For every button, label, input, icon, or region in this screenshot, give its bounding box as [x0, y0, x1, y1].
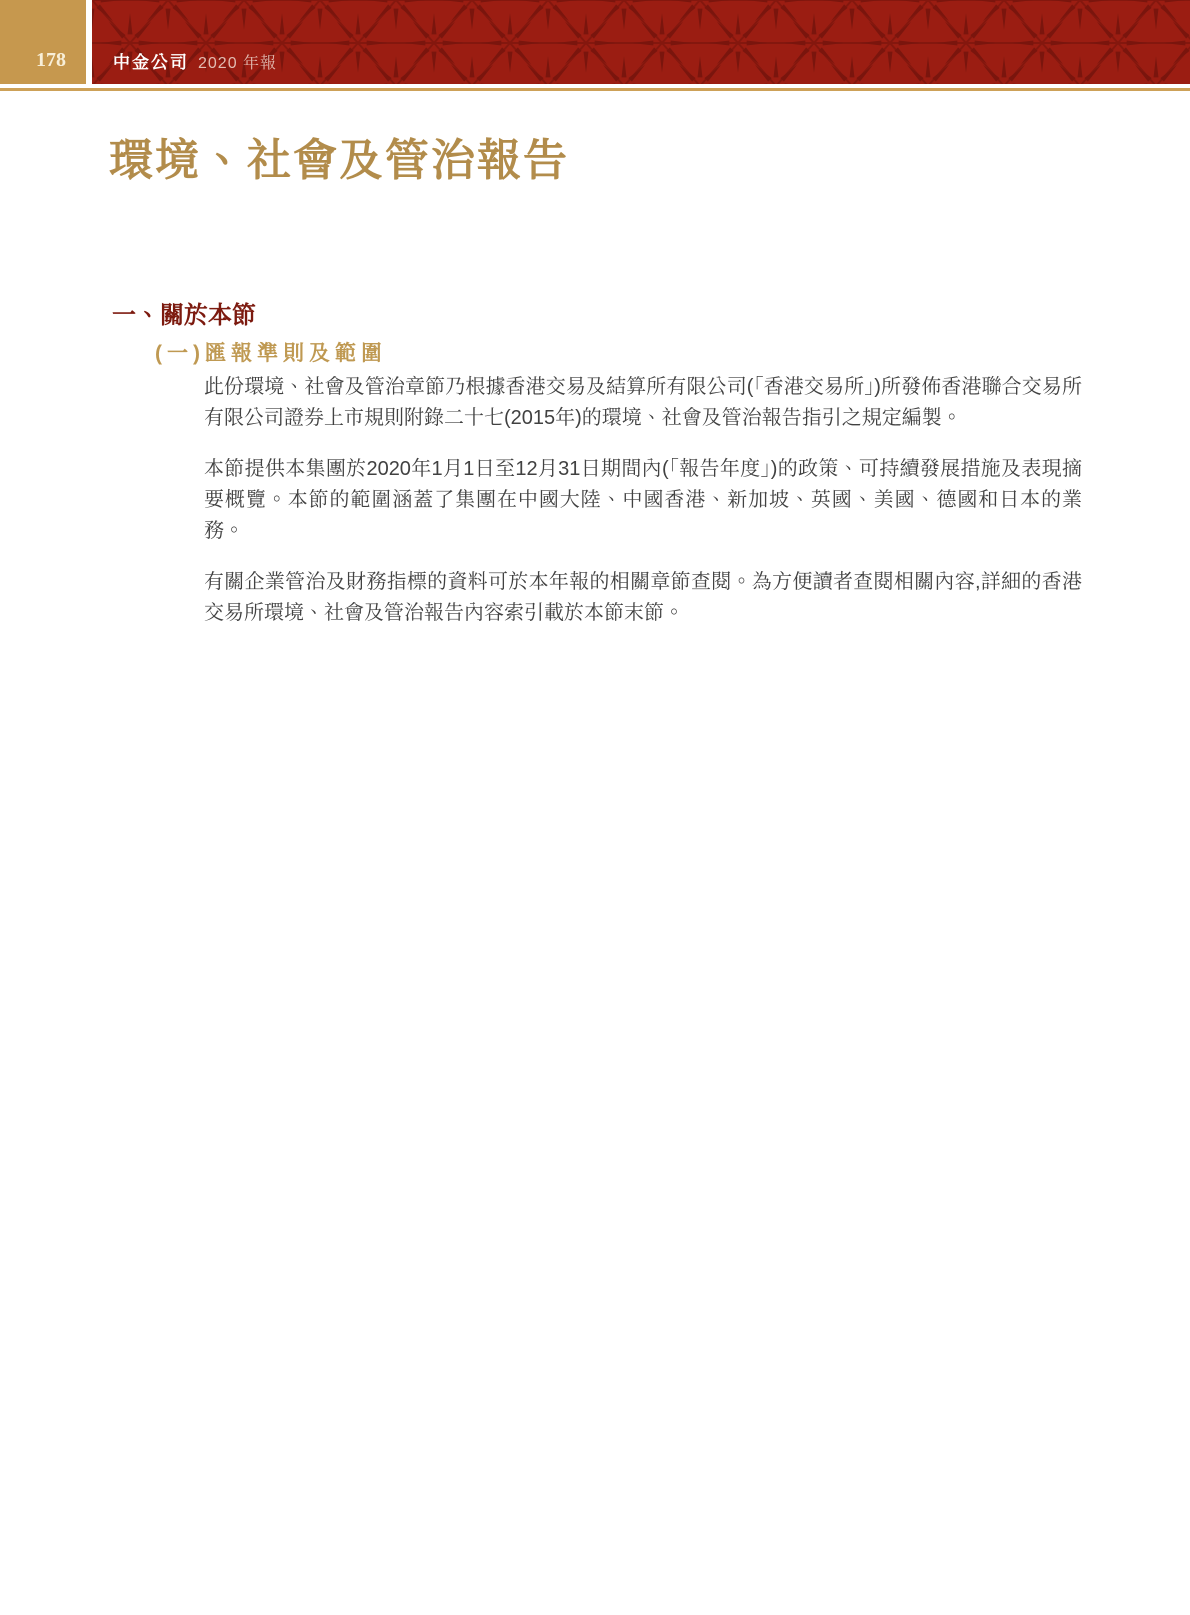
body-text: 此份環境、社會及管治章節乃根據香港交易及結算所有限公司(「香港交易所」)所發佈香… — [204, 372, 1082, 649]
banner-text: 中金公司 2020 年報 — [113, 54, 277, 72]
page-title: 環境、社會及管治報告 — [109, 137, 569, 185]
page-number-badge: 178 — [0, 0, 86, 84]
subsection-heading: (一)匯報準則及範圍 — [155, 342, 387, 366]
body-paragraph: 此份環境、社會及管治章節乃根據香港交易及結算所有限公司(「香港交易所」)所發佈香… — [204, 372, 1082, 434]
header-divider — [0, 88, 1190, 91]
body-paragraph: 有關企業管治及財務指標的資料可於本年報的相關章節查閱。為方便讀者查閱相關內容,詳… — [204, 567, 1082, 629]
section-heading: 一、關於本節 — [112, 303, 256, 329]
header-banner: 中金公司 2020 年報 — [92, 0, 1190, 84]
report-year: 2020 年報 — [198, 56, 277, 72]
body-paragraph: 本節提供本集團於2020年1月1日至12月31日期間內(「報告年度」)的政策、可… — [204, 454, 1082, 547]
report-page: 178 中金公司 2020 年報 — [0, 0, 1190, 1615]
company-name: 中金公司 — [113, 54, 189, 71]
page-number: 178 — [36, 50, 66, 70]
